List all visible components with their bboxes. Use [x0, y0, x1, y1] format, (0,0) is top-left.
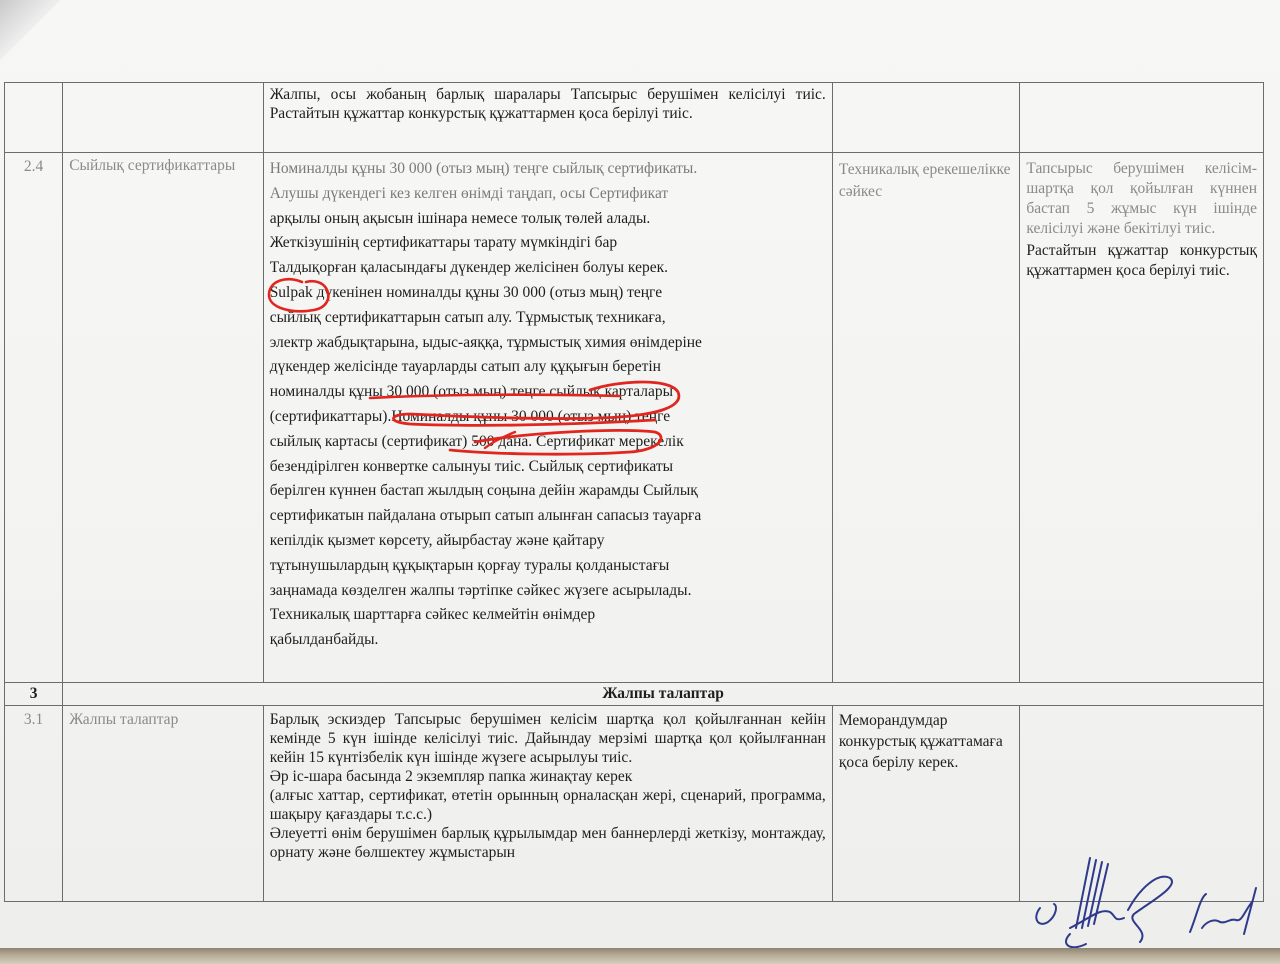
description-line: берілген күннен бастап жылдың соңына дей… [270, 479, 826, 504]
section-title: Жалпы талаптар [63, 683, 1264, 706]
description-line: Талдықорған қаласындағы дүкендер желісін… [270, 256, 826, 281]
row-requirement [832, 83, 1020, 153]
description-line: электр жабдықтарына, ыдыс-аяққа, тұрмыст… [270, 331, 826, 356]
description-paragraph: Әлеуетті өнім берушімен барлық құрылымда… [270, 824, 826, 862]
row-requirement: Меморандумдар конкурстық құжаттамаға қос… [832, 706, 1020, 902]
scanned-page: Жалпы, осы жобаның барлық шаралары Тапсы… [0, 0, 1280, 948]
description-paragraph: Барлық эскиздер Тапсырыс берушімен келіс… [270, 710, 826, 767]
row-requirement: Техникалық ерекешелікке сәйкес [832, 153, 1020, 683]
description-line: Жеткізушінің сертификаттары тарату мүмкі… [270, 231, 826, 256]
description-line: Техникалық шарттарға сәйкес келмейтін өн… [270, 603, 826, 628]
row-description: Номиналды құны 30 000 (отыз мың) теңге с… [263, 153, 832, 683]
row-number: 2.4 [5, 153, 63, 683]
description-line: қабылданбайды. [270, 628, 826, 653]
row-term [1020, 83, 1264, 153]
description-line: (сертификаттары).Номиналды құны 30 000 (… [270, 405, 826, 430]
row-number [5, 83, 63, 153]
table-row: Жалпы, осы жобаның барлық шаралары Тапсы… [5, 83, 1264, 153]
row-number: 3.1 [5, 706, 63, 902]
description-line: сыйлық сертификаттарын сатып алу. Тұрмыс… [270, 306, 826, 331]
table-row: 2.4 Сыйлық сертификаттары Номиналды құны… [5, 153, 1264, 683]
term-paragraph: Растайтын құжаттар конкурстық құжаттарме… [1026, 241, 1257, 281]
row-name: Жалпы талаптар [63, 706, 263, 902]
section-number: 3 [5, 683, 63, 706]
row-description: Барлық эскиздер Тапсырыс берушімен келіс… [263, 706, 832, 902]
desk-surface [0, 948, 1280, 964]
description-line: номиналды құны 30 000 (отыз мың) теңге с… [270, 380, 826, 405]
row-term: Тапсырыс берушімен келісім-шартқа қол қо… [1020, 153, 1264, 683]
description-line: заңнамада көзделген жалпы тәртіпке сәйке… [270, 579, 826, 604]
section-header-row: 3 Жалпы талаптар [5, 683, 1264, 706]
description-line: Номиналды құны 30 000 (отыз мың) теңге с… [270, 157, 826, 182]
row-name: Сыйлық сертификаттары [63, 153, 263, 683]
description-line: безендірілген конвертке салынуы тиіс. Сы… [270, 455, 826, 480]
row-description: Жалпы, осы жобаның барлық шаралары Тапсы… [263, 83, 832, 153]
signatures [1030, 848, 1270, 958]
term-paragraph: Тапсырыс берушімен келісім-шартқа қол қо… [1026, 159, 1257, 239]
row-name [63, 83, 263, 153]
description-line: тұтынушылардың құқықтарын қорғау туралы … [270, 554, 826, 579]
description-line: сыйлық картасы (сертификат) 500 дана. Се… [270, 430, 826, 455]
specification-table: Жалпы, осы жобаның барлық шаралары Тапсы… [4, 82, 1264, 902]
description-line: Sulpak дүкенінен номиналды құны 30 000 (… [270, 281, 826, 306]
description-paragraph: (алғыс хаттар, сертификат, өтетін орынны… [270, 786, 826, 824]
description-line: дүкендер желісінде тауарларды сатып алу … [270, 355, 826, 380]
description-line: арқылы оның ақысын ішінара немесе толық … [270, 207, 826, 232]
description-line: Алушы дүкендегі кез келген өнімді таңдап… [270, 182, 826, 207]
description-line: сертификатын пайдалана отырып сатып алын… [270, 504, 826, 529]
description-paragraph: Әр іс-шара басында 2 экземпляр папка жин… [270, 767, 826, 786]
description-lines: Номиналды құны 30 000 (отыз мың) теңге с… [270, 157, 826, 653]
page-curl [0, 0, 70, 80]
description-line: кепілдік қызмет көрсету, айырбастау және… [270, 529, 826, 554]
